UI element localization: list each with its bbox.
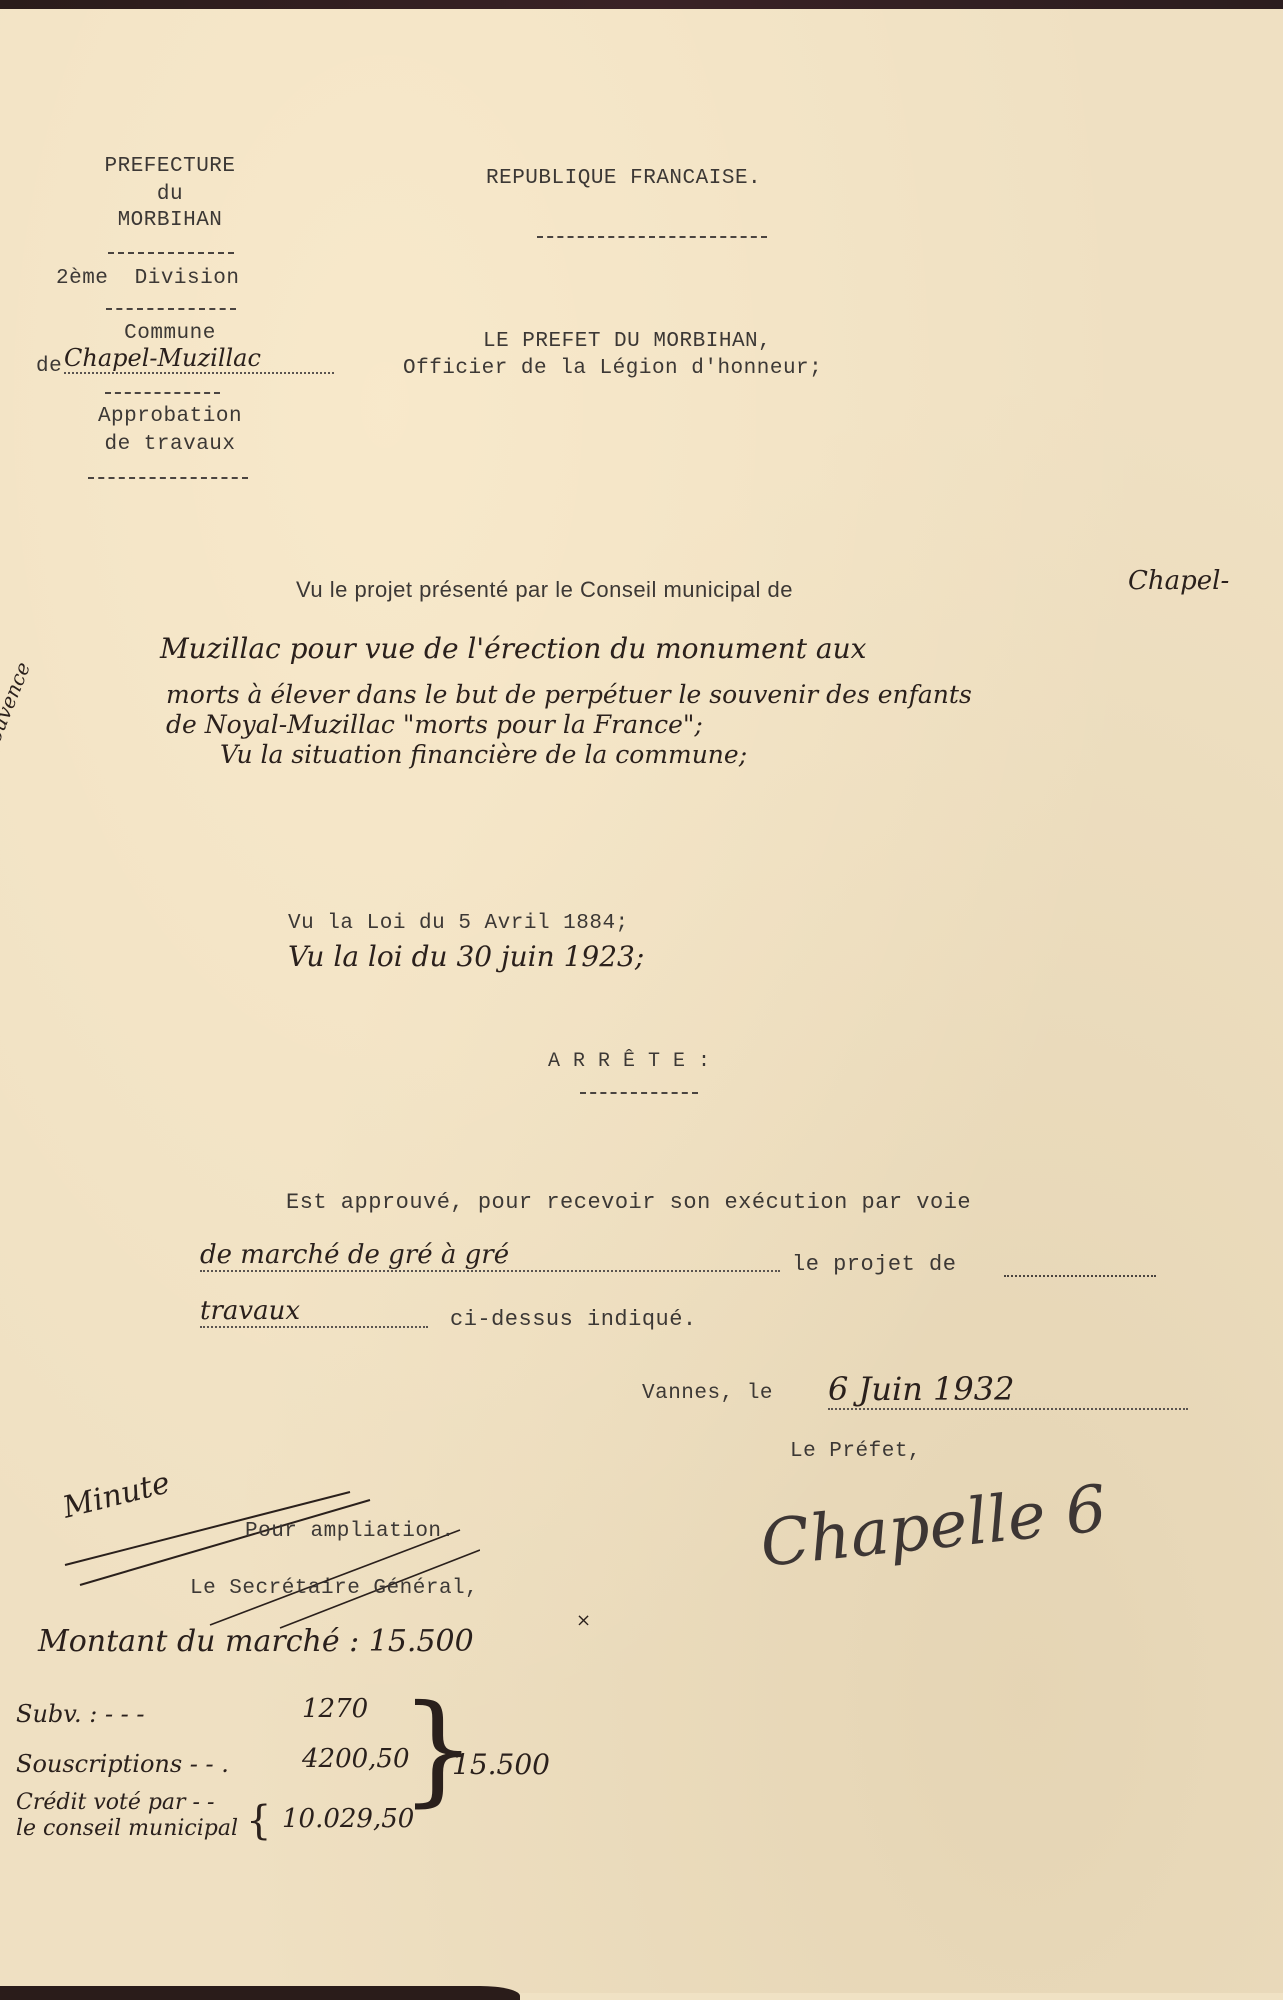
- consideration-hand-line: Vu la situation financière de la commune…: [220, 740, 747, 769]
- subject-line-2: de travaux: [60, 433, 280, 456]
- division-label: 2ème Division: [56, 267, 239, 290]
- law-reference-handwritten: Vu la loi du 30 juin 1923;: [288, 940, 644, 973]
- page-torn-bottom-edge: [0, 1986, 520, 2000]
- prefect-title: LE PREFET DU MORBIHAN,: [483, 330, 771, 353]
- approval-typed-line-2: le projet de: [792, 1252, 956, 1277]
- subject-line-1: Approbation: [60, 405, 280, 428]
- commune-label: Commune: [60, 322, 280, 345]
- consideration-hand-line: de Noyal-Muzillac "morts pour la France"…: [166, 710, 703, 739]
- financing-item-amount: 1270: [302, 1694, 368, 1724]
- prefecture-label: PREFECTURE: [60, 155, 280, 178]
- republic-heading: REPUBLIQUE FRANCAISE.: [486, 167, 761, 190]
- place-date-label: Vannes, le: [642, 1382, 773, 1405]
- financing-item-label: Souscriptions - - .: [16, 1750, 229, 1778]
- commune-name-handwritten: Chapel-Muzillac: [64, 344, 334, 374]
- approval-handwritten-object: travaux: [200, 1296, 428, 1328]
- prefecture-department: MORBIHAN: [60, 209, 280, 232]
- decree-heading: A R R Ê T E :: [548, 1050, 711, 1073]
- consideration-hand-line: morts à élever dans le but de perpétuer …: [166, 680, 972, 709]
- approval-typed-line-1: Est approuvé, pour recevoir son exécutio…: [286, 1190, 971, 1215]
- blank-line: [1004, 1275, 1156, 1277]
- ampliation-line-2: Le Secrétaire Général,: [190, 1577, 478, 1600]
- financing-item-label: Crédit voté par - -: [16, 1790, 214, 1815]
- approval-handwritten-method: de marché de gré à gré: [200, 1240, 780, 1272]
- financing-item-amount: 4200,50: [302, 1744, 410, 1774]
- signer-title: Le Préfet,: [790, 1440, 921, 1463]
- law-reference-typed: Vu la Loi du 5 Avril 1884;: [288, 912, 629, 935]
- divider: [537, 236, 767, 238]
- consideration-typed-intro: Vu le projet présenté par le Conseil mun…: [296, 577, 793, 603]
- commune-prefix: de: [36, 355, 62, 378]
- financing-item-label: Subv. : - - -: [16, 1700, 145, 1728]
- consideration-hand-line: Muzillac pour vue de l'érection du monum…: [160, 632, 866, 665]
- date-handwritten: 6 Juin 1932: [828, 1370, 1188, 1410]
- divider: [580, 1092, 698, 1094]
- total-amount-line: Montant du marché : 15.500: [38, 1624, 474, 1659]
- financing-item-label-cont: le conseil municipal: [16, 1816, 238, 1841]
- strike-lines: [40, 1470, 480, 1630]
- brace-small: {: [246, 1798, 271, 1844]
- document-page: [0, 8, 1283, 1993]
- page-top-edge: [0, 0, 1283, 9]
- divider: [106, 308, 236, 310]
- divider: [108, 252, 234, 254]
- prefect-honor: Officier de la Légion d'honneur;: [403, 357, 822, 380]
- consideration-hand-line: Chapel-: [1128, 566, 1229, 596]
- ampliation-line-1: Pour ampliation.: [245, 1520, 455, 1543]
- total-amount-mark: ×: [576, 1610, 591, 1631]
- financing-item-amount: 10.029,50: [282, 1804, 414, 1834]
- approval-typed-line-3: ci-dessus indiqué.: [450, 1307, 697, 1332]
- divider: [88, 477, 248, 479]
- financing-sum: 15.500: [452, 1748, 550, 1781]
- divider: [105, 392, 220, 394]
- prefecture-du: du: [60, 183, 280, 206]
